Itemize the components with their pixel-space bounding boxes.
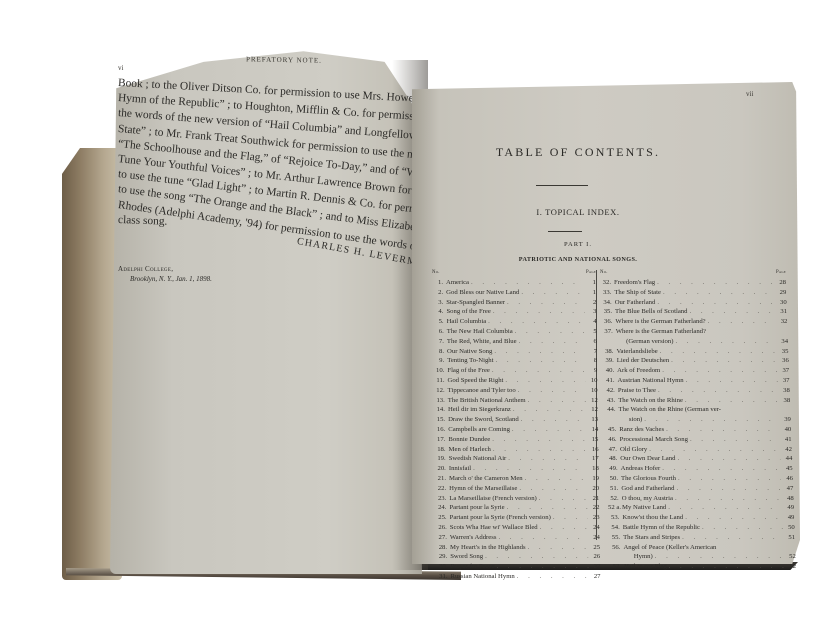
entry-number: 57. xyxy=(610,562,624,572)
toc-entry: 5.Hail Columbia. . . . . . . . . . . . .… xyxy=(433,317,597,327)
entry-number: 10. xyxy=(433,366,447,376)
toc-entry: (German version). . . . . . . . . . . . … xyxy=(602,337,788,347)
entry-page-number: 41 xyxy=(780,435,792,445)
dot-leader: . . . . . . . . . . . . . . . . . . . . xyxy=(519,415,586,425)
entry-page-number: 31 xyxy=(775,307,787,317)
dot-leader: . . . . . . . . . . . . . . . . . . . . xyxy=(495,562,589,572)
entry-number: 3. xyxy=(432,298,446,308)
toc-entry: 52 a.My Native Land. . . . . . . . . . .… xyxy=(608,503,794,513)
entry-page-number: 18 xyxy=(587,464,599,474)
entry-number: 24. xyxy=(435,503,449,513)
entry-title: Angel of Peace (Keller's American xyxy=(623,543,716,553)
dot-leader: . . . . . . . . . . . . . . . . . . . . xyxy=(505,298,584,308)
entry-title: Tenting To-Night xyxy=(447,356,493,366)
dot-leader: . . . . . . . . . . . . . . . . . . . . xyxy=(505,503,588,513)
entry-page-number: 16 xyxy=(587,445,599,455)
dot-leader: . . . . . . . . . . . . . . . . . . . . xyxy=(526,396,586,406)
entry-number: 53. xyxy=(608,513,622,523)
entry-title: Hymn of the Marseillaise xyxy=(449,484,517,494)
toc-entry: 55.The Stars and Stripes. . . . . . . . … xyxy=(609,533,795,543)
entry-number: 20. xyxy=(435,464,449,474)
entry-title: Swedish National Air xyxy=(449,454,507,464)
dateline: Adelphi College, Brooklyn, N. Y., Jan. 1… xyxy=(118,264,212,284)
toc-entry: 14.Heil dir im Siegerkranz. . . . . . . … xyxy=(434,405,598,415)
entry-title: Our Fatherland xyxy=(615,298,656,308)
toc-entry: 15.Draw the Sword, Scotland. . . . . . .… xyxy=(434,415,598,425)
entry-number: 28. xyxy=(436,543,450,553)
entry-number: 56. xyxy=(609,543,623,553)
ornamental-rule xyxy=(536,185,588,186)
dot-leader: . . . . . . . . . . . . . . . . . . . . xyxy=(673,337,776,347)
dot-leader: . . . . . . . . . . . . . . . . . . . . xyxy=(538,523,588,533)
entry-page-number: 52 xyxy=(784,552,796,562)
toc-entry: 41.Austrian National Hymn. . . . . . . .… xyxy=(604,376,790,386)
entry-title: Old Glory xyxy=(620,445,647,455)
entry-page-number: 34 xyxy=(776,337,788,347)
toc-entry: 27.Warren's Address. . . . . . . . . . .… xyxy=(436,533,600,543)
dot-leader: . . . . . . . . . . . . . . . . . . . . xyxy=(658,347,777,357)
section-title: I. TOPICAL INDEX. xyxy=(428,207,728,217)
toc-entry: 32.Freedom's Flag. . . . . . . . . . . .… xyxy=(600,278,786,288)
entry-title: Hymn) xyxy=(624,552,653,562)
dot-leader: . . . . . . . . . . . . . . . . . . . . xyxy=(667,562,784,572)
entry-page-number: 20 xyxy=(587,484,599,494)
entry-page-number: 15 xyxy=(586,435,598,445)
entry-title: Flag of the Free xyxy=(447,366,490,376)
entry-number: 32. xyxy=(600,278,614,288)
entry-title: Tippecanoe and Tyler too xyxy=(448,386,516,396)
entry-number: 50. xyxy=(607,474,621,484)
entry-number: 5. xyxy=(433,317,447,327)
entry-number: 33. xyxy=(600,288,614,298)
entry-number: 41. xyxy=(604,376,618,386)
dot-leader: . . . . . . . . . . . . . . . . . . . . xyxy=(517,484,587,494)
column-header: No. Page xyxy=(600,270,786,278)
toc-entry: 9.Tenting To-Night. . . . . . . . . . . … xyxy=(433,356,597,366)
dot-leader: . . . . . . . . . . . . . . . . . . . . xyxy=(551,513,588,523)
page-number-right: vii xyxy=(746,90,753,98)
entry-number: 9. xyxy=(433,356,447,366)
entry-page-number: 4 xyxy=(585,317,597,327)
dot-leader: . . . . . . . . . . . . . . . . . . . . xyxy=(490,366,585,376)
dot-leader: . . . . . . . . . . . . . . . . . . . . xyxy=(469,278,584,288)
dot-leader: . . . . . . . . . . . . . . . . . . . . xyxy=(666,503,782,513)
col-header-page: Page xyxy=(776,270,786,278)
col-header-page: Page xyxy=(586,270,596,278)
entry-page-number: 23 xyxy=(588,513,600,523)
entry-number: 43. xyxy=(604,396,618,406)
entry-title: The Watch on the Rhine (German ver- xyxy=(619,405,721,415)
dot-leader: . . . . . . . . . . . . . . . . . . . . xyxy=(647,445,780,455)
entry-number: 27. xyxy=(436,533,450,543)
entry-page-number: 51 xyxy=(783,533,795,543)
entry-page-number: 13 xyxy=(586,415,598,425)
toc-entry: 31.Russian National Hymn. . . . . . . . … xyxy=(437,572,601,582)
entry-number: 14. xyxy=(434,405,448,415)
toc-entry: 39.Lied der Deutschen. . . . . . . . . .… xyxy=(603,356,789,366)
entry-page-number: 35 xyxy=(776,347,788,357)
toc-entry: 38.Vaterlandsliebe. . . . . . . . . . . … xyxy=(602,347,788,357)
dot-leader: . . . . . . . . . . . . . . . . . . . . xyxy=(669,356,777,366)
entry-page-number: 49 xyxy=(782,513,794,523)
toc-entry: 52.O thou, my Austria. . . . . . . . . .… xyxy=(608,494,794,504)
dot-leader: . . . . . . . . . . . . . . . . . . . . xyxy=(494,356,586,366)
dot-leader: . . . . . . . . . . . . . . . . . . . . xyxy=(492,347,585,357)
toc-entry: 53.Know'st thou the Land. . . . . . . . … xyxy=(608,513,794,523)
toc-entry: 44.The Watch on the Rhine (German ver-. … xyxy=(605,405,791,415)
entry-title: The British National Anthem xyxy=(448,396,526,406)
col-header-number: No. xyxy=(600,270,608,278)
entry-title: Austrian National Hymn xyxy=(618,376,684,386)
entry-number: 45. xyxy=(605,425,619,435)
entry-title: O thou, my Austria xyxy=(622,494,673,504)
entry-title: Bonnie Dundee xyxy=(448,435,490,445)
dot-leader: . . . . . . . . . . . . . . . . . . . . xyxy=(511,405,586,415)
toc-entry: 4.Song of the Free. . . . . . . . . . . … xyxy=(432,307,596,317)
dot-leader: . . . . . . . . . . . . . . . . . . . . xyxy=(661,288,774,298)
entry-page-number: 10 xyxy=(586,386,598,396)
entry-page-number: 22 xyxy=(587,503,599,513)
toc-entry: 18.Men of Harlech. . . . . . . . . . . .… xyxy=(435,445,599,455)
entry-title: Russian National Hymn xyxy=(451,572,515,582)
entry-page-number: 12 xyxy=(586,405,598,415)
toc-entry: 22.Hymn of the Marseillaise. . . . . . .… xyxy=(435,484,599,494)
dot-leader: . . . . . . . . . . . . . . . . . . . . xyxy=(675,454,780,464)
entry-page-number: 5 xyxy=(585,327,597,337)
entry-page-number: 7 xyxy=(585,347,597,357)
entry-title: (German version) xyxy=(616,337,673,347)
toc-entry: 7.The Red, White, and Blue. . . . . . . … xyxy=(433,337,597,347)
entry-title: The Blue Bells of Scotland xyxy=(615,307,687,317)
page-number-left: vi xyxy=(118,64,123,72)
entry-title: Star-Spangled Banner xyxy=(446,298,505,308)
dot-leader: . . . . . . . . . . . . . . . . . . . . xyxy=(491,307,585,317)
entry-page-number: 37 xyxy=(777,366,789,376)
toc-entry: 56.Angel of Peace (Keller's American. . … xyxy=(609,543,795,553)
dot-leader: . . . . . . . . . . . . . . . . . . . . xyxy=(684,376,778,386)
dot-leader: . . . . . . . . . . . . . . . . . . . . xyxy=(660,366,777,376)
toc-entry: 8.Our Native Song. . . . . . . . . . . .… xyxy=(433,347,597,357)
dot-leader: . . . . . . . . . . . . . . . . . . . . xyxy=(642,415,779,425)
entry-title: Scots Wha Hae wi' Wallace Bled xyxy=(450,523,538,533)
entry-title: Freedom's Flag xyxy=(614,278,655,288)
entry-title: Partant pour la Syrie xyxy=(449,503,504,513)
entry-number: 55. xyxy=(609,533,623,543)
dot-leader: . . . . . . . . . . . . . . . . . . . . xyxy=(490,435,586,445)
entry-title: The New Hail Columbia xyxy=(447,327,513,337)
dot-leader: . . . . . . . . . . . . . . . . . . . . xyxy=(515,572,589,582)
entry-number: 54. xyxy=(609,523,623,533)
dot-leader: . . . . . . . . . . . . . . . . . . . . xyxy=(700,523,783,533)
toc-entry: 2.God Bless our Native Land. . . . . . .… xyxy=(432,288,596,298)
toc-column-right: No. Page 32.Freedom's Flag. . . . . . . … xyxy=(600,270,786,572)
dot-leader: . . . . . . . . . . . . . . . . . . . . xyxy=(486,317,584,327)
entry-page-number: 49 xyxy=(782,503,794,513)
toc-entry: 35.The Blue Bells of Scotland. . . . . .… xyxy=(601,307,787,317)
entry-number: 44. xyxy=(605,405,619,415)
toc-entry: 12.Tippecanoe and Tyler too. . . . . . .… xyxy=(434,386,598,396)
toc-entry: 25.Partant pour la Syrie (French version… xyxy=(436,513,600,523)
entry-page-number: 32 xyxy=(775,317,787,327)
entry-number: 42. xyxy=(604,386,618,396)
entry-number: 19. xyxy=(435,454,449,464)
entry-number: 12. xyxy=(434,386,448,396)
entry-title: The Red, White, and Blue xyxy=(447,337,517,347)
entry-page-number: 40 xyxy=(779,425,791,435)
entry-number: 4. xyxy=(432,307,446,317)
entry-title: Praise to Thee xyxy=(618,386,656,396)
dot-leader: . . . . . . . . . . . . . . . . . . . . xyxy=(688,435,780,445)
toc-entry: 29.Sword Song. . . . . . . . . . . . . .… xyxy=(436,552,600,562)
entry-page-number: 1 xyxy=(584,288,596,298)
entry-title: Andreas Hofer xyxy=(621,464,661,474)
entry-number: 22. xyxy=(435,484,449,494)
entry-page-number: 6 xyxy=(585,337,597,347)
toc-entry: 13.The British National Anthem. . . . . … xyxy=(434,396,598,406)
toc-entry: 47.Old Glory. . . . . . . . . . . . . . … xyxy=(606,445,792,455)
entry-number: 23. xyxy=(435,494,449,504)
toc-title: TABLE OF CONTENTS. xyxy=(428,145,728,160)
dot-leader: . . . . . . . . . . . . . . . . . . . . xyxy=(496,533,587,543)
dot-leader: . . . . . . . . . . . . . . . . . . . . xyxy=(503,376,585,386)
entry-title: God Speed the Right xyxy=(448,376,504,386)
toc-entry: 51.God and Fatherland. . . . . . . . . .… xyxy=(607,484,793,494)
entry-title: Ark of Freedom xyxy=(617,366,660,376)
toc-entry: 43.The Watch on the Rhine. . . . . . . .… xyxy=(604,396,790,406)
entry-page-number: 36 xyxy=(777,356,789,366)
toc-entry: 54.Battle Hymn of the Republic. . . . . … xyxy=(609,523,795,533)
entry-title: Sword Song xyxy=(450,552,483,562)
entry-page-number: 19 xyxy=(587,474,599,484)
running-head: PREFATORY NOTE. xyxy=(246,55,322,64)
entry-page-number: 30 xyxy=(775,298,787,308)
dot-leader: . . . . . . . . . . . . . . . . . . . . xyxy=(519,288,584,298)
open-book-photo: PREFATORY NOTE. vi Book ; to the Oliver … xyxy=(0,0,828,621)
toc-entry: 26.Scots Wha Hae wi' Wallace Bled. . . .… xyxy=(436,523,600,533)
entry-number: 26. xyxy=(436,523,450,533)
entry-title: Know'st thou the Land xyxy=(622,513,683,523)
entry-title: My Heart's in the Highlands xyxy=(450,543,526,553)
entry-number: 25. xyxy=(436,513,450,523)
toc-entry: 28.My Heart's in the Highlands. . . . . … xyxy=(436,543,600,553)
toc-entry: Hymn). . . . . . . . . . . . . . . . . .… xyxy=(610,552,796,562)
dot-leader: . . . . . . . . . . . . . . . . . . . . xyxy=(510,425,586,435)
dot-leader: . . . . . . . . . . . . . . . . . . . . xyxy=(506,454,586,464)
entry-page-number: 8 xyxy=(585,356,597,366)
entry-page-number: 38 xyxy=(778,386,790,396)
entry-page-number: 14 xyxy=(586,425,598,435)
toc-entry: 24.Partant pour la Syrie. . . . . . . . … xyxy=(435,503,599,513)
dot-leader: . . . . . . . . . . . . . . . . . . . . xyxy=(471,464,587,474)
dot-leader: . . . . . . . . . . . . . . . . . . . . xyxy=(655,278,774,288)
entry-number: 35. xyxy=(601,307,615,317)
entry-number: 51. xyxy=(607,484,621,494)
toc-entry: 11.God Speed the Right. . . . . . . . . … xyxy=(434,376,598,386)
entry-number: 13. xyxy=(434,396,448,406)
toc-entry: 37.Where is the German Fatherland?. . . … xyxy=(602,327,788,337)
entry-title: Campbells are Coming xyxy=(448,425,510,435)
toc-entry: 10.Flag of the Free. . . . . . . . . . .… xyxy=(433,366,597,376)
entry-page-number: 28 xyxy=(774,278,786,288)
part-title: PART I. xyxy=(428,241,728,248)
entry-title: Warren's Address xyxy=(450,533,497,543)
toc-entry: 45.Ranz des Vaches. . . . . . . . . . . … xyxy=(605,425,791,435)
dot-leader: . . . . . . . . . . . . . . . . . . . . xyxy=(517,337,585,347)
entry-number: 11. xyxy=(434,376,448,386)
toc-entry: 40.Ark of Freedom. . . . . . . . . . . .… xyxy=(603,366,789,376)
entry-title: The Ship of State xyxy=(614,288,661,298)
entry-number: 48. xyxy=(606,454,620,464)
entry-title: Men of Harlech xyxy=(449,445,491,455)
entry-title: Where is the German Fatherland? xyxy=(616,327,706,337)
toc-entry: 42.Praise to Thee. . . . . . . . . . . .… xyxy=(604,386,790,396)
part-subtitle: PATRIOTIC AND NATIONAL SONGS. xyxy=(428,256,728,263)
dateline-institution: Adelphi College, xyxy=(118,264,212,274)
entry-title: Ranz des Vaches xyxy=(619,425,664,435)
entry-number: 7. xyxy=(433,337,447,347)
entry-number: 29. xyxy=(436,552,450,562)
entry-page-number: 24 xyxy=(588,523,600,533)
entry-page-number: 47 xyxy=(781,484,793,494)
entry-page-number: 48 xyxy=(782,494,794,504)
entry-title: March o' the Cameron Men xyxy=(449,474,523,484)
entry-title: Innisfail xyxy=(449,464,471,474)
entry-number: 18. xyxy=(435,445,449,455)
toc-entry: 30.Prayer for Peace. . . . . . . . . . .… xyxy=(436,562,600,572)
dot-leader: . . . . . . . . . . . . . . . . . . . . xyxy=(526,543,589,553)
entry-number: 8. xyxy=(433,347,447,357)
toc-entry: 36.Where is the German Fatherland?. . . … xyxy=(601,317,787,327)
toc-entry: 49.Andreas Hofer. . . . . . . . . . . . … xyxy=(607,464,793,474)
entry-title: The Stars and Stripes xyxy=(623,533,680,543)
entry-title: Where is the German Fatherland? xyxy=(615,317,705,327)
toc-column-left: No. Page 1.America. . . . . . . . . . . … xyxy=(432,270,596,582)
entry-page-number: 12 xyxy=(586,396,598,406)
entry-title: America xyxy=(446,278,469,288)
toc-entry: 33.The Ship of State. . . . . . . . . . … xyxy=(600,288,786,298)
entry-number: 36. xyxy=(601,317,615,327)
toc-entry: 6.The New Hail Columbia. . . . . . . . .… xyxy=(433,327,597,337)
entry-page-number: 46 xyxy=(781,474,793,484)
dot-leader: . . . . . . . . . . . . . . . . . . . . xyxy=(683,396,778,406)
entry-number: 1. xyxy=(432,278,446,288)
entry-number: 2. xyxy=(432,288,446,298)
entry-page-number: 52 xyxy=(784,562,796,572)
dot-leader: . . . . . . . . . . . . . . . . . . . . xyxy=(664,425,779,435)
entry-number: 47. xyxy=(606,445,620,455)
dot-leader: . . . . . . . . . . . . . . . . . . . . xyxy=(673,494,782,504)
entry-number: 52. xyxy=(608,494,622,504)
entry-page-number: 17 xyxy=(587,454,599,464)
entry-title: Partant pour la Syrie (French version) xyxy=(450,513,551,523)
dot-leader: . . . . . . . . . . . . . . . . . . . . xyxy=(491,445,587,455)
dot-leader: . . . . . . . . . . . . . . . . . . . . xyxy=(660,464,780,474)
entry-title: God and Fatherland xyxy=(621,484,674,494)
entry-title: Lied der Deutschen xyxy=(617,356,669,366)
dot-leader: . . . . . . . . . . . . . . . . . . . . xyxy=(676,474,781,484)
entry-number: 40. xyxy=(603,366,617,376)
entry-title: God Bless our Native Land xyxy=(446,288,519,298)
entry-title: The Glorious Fourth xyxy=(621,474,676,484)
toc-entry: 46.Processional March Song. . . . . . . … xyxy=(606,435,792,445)
entry-number: 38. xyxy=(602,347,616,357)
toc-entry: 1.America. . . . . . . . . . . . . . . .… xyxy=(432,278,596,288)
dot-leader: . . . . . . . . . . . . . . . . . . . . xyxy=(683,513,782,523)
dot-leader: . . . . . . . . . . . . . . . . . . . . xyxy=(674,484,781,494)
entry-number: 46. xyxy=(606,435,620,445)
dot-leader: . . . . . . . . . . . . . . . . . . . . xyxy=(537,494,588,504)
entry-page-number: 26 xyxy=(588,552,600,562)
dot-leader: . . . . . . . . . . . . . . . . . . . . xyxy=(680,533,783,543)
entry-page-number: 21 xyxy=(587,494,599,504)
entry-number: 37. xyxy=(602,327,616,337)
entry-number: 52 a. xyxy=(608,503,622,513)
toc-entry: 20.Innisfail. . . . . . . . . . . . . . … xyxy=(435,464,599,474)
entry-title: The Watch on the Rhine xyxy=(618,396,683,406)
entry-number: 6. xyxy=(433,327,447,337)
divider-rule xyxy=(548,231,582,232)
entry-page-number: 45 xyxy=(781,464,793,474)
entry-page-number: 1 xyxy=(584,278,596,288)
entry-number: 49. xyxy=(607,464,621,474)
entry-title: Our Native Song xyxy=(447,347,492,357)
column-header: No. Page xyxy=(432,270,596,278)
entry-number: 21. xyxy=(435,474,449,484)
entry-page-number: 38 xyxy=(778,396,790,406)
entry-page-number: 37 xyxy=(778,376,790,386)
entry-title: sion) xyxy=(619,415,642,425)
dot-leader: . . . . . . . . . . . . . . . . . . . . xyxy=(523,474,587,484)
entry-number: 39. xyxy=(603,356,617,366)
dot-leader: . . . . . . . . . . . . . . . . . . . . xyxy=(516,386,586,396)
toc-entry: 16.Campbells are Coming. . . . . . . . .… xyxy=(434,425,598,435)
entry-page-number: 39 xyxy=(779,415,791,425)
toc-entry: 57.Hail to our Flag. . . . . . . . . . .… xyxy=(610,562,796,572)
dateline-place-date: Brooklyn, N. Y., Jan. 1, 1898. xyxy=(118,274,212,284)
entry-number: 34. xyxy=(601,298,615,308)
dot-leader: . . . . . . . . . . . . . . . . . . . . xyxy=(687,307,775,317)
toc-entry: 3.Star-Spangled Banner. . . . . . . . . … xyxy=(432,298,596,308)
dot-leader: . . . . . . . . . . . . . . . . . . . . xyxy=(656,386,778,396)
entry-page-number: 27 xyxy=(588,562,600,572)
entry-title: Battle Hymn of the Republic xyxy=(623,523,700,533)
entry-title: Our Own Dear Land xyxy=(620,454,675,464)
entry-number: 15. xyxy=(434,415,448,425)
entry-page-number: 42 xyxy=(780,445,792,455)
toc-entry: 34.Our Fatherland. . . . . . . . . . . .… xyxy=(601,298,787,308)
entry-number: 30. xyxy=(436,562,450,572)
entry-title: Draw the Sword, Scotland xyxy=(448,415,519,425)
dot-leader: . . . . . . . . . . . . . . . . . . . . xyxy=(513,327,585,337)
entry-number: 31. xyxy=(437,572,451,582)
entry-page-number: 9 xyxy=(585,366,597,376)
entry-page-number: 24 xyxy=(588,533,600,543)
entry-title: Song of the Free xyxy=(446,307,490,317)
toc-entry: 17.Bonnie Dundee. . . . . . . . . . . . … xyxy=(434,435,598,445)
toc-entry: sion). . . . . . . . . . . . . . . . . .… xyxy=(605,415,791,425)
toc-entry: 23.La Marseillaise (French version). . .… xyxy=(435,494,599,504)
entry-page-number: 29 xyxy=(774,288,786,298)
entry-page-number: 44 xyxy=(780,454,792,464)
entry-page-number: 10 xyxy=(586,376,598,386)
dot-leader: . . . . . . . . . . . . . . . . . . . . xyxy=(655,298,774,308)
col-header-number: No. xyxy=(432,270,440,278)
entry-title: Heil dir im Siegerkranz xyxy=(448,405,511,415)
entry-title: Hail to our Flag xyxy=(624,562,667,572)
entry-number: 16. xyxy=(434,425,448,435)
entry-page-number: 50 xyxy=(783,523,795,533)
entry-title: My Native Land xyxy=(622,503,666,513)
